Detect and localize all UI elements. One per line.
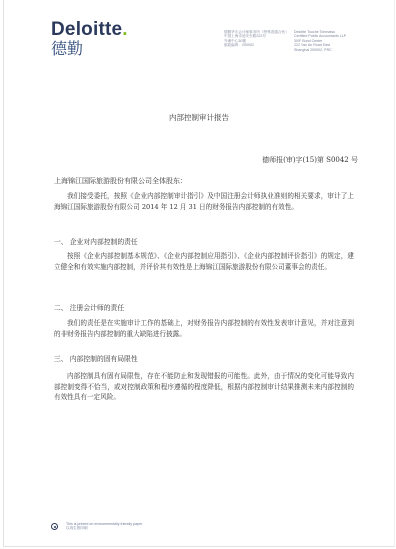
deloitte-logo: Deloitte. xyxy=(51,20,128,40)
address-en: Deloitte Touche Tohmatsu Certified Publi… xyxy=(294,30,346,52)
footer-line-cn: 以再生纸印刷 xyxy=(66,526,142,530)
logo-dot: . xyxy=(122,19,127,40)
section-body-1: 按照《企业内部控制基本规范》、《企业内部控制应用指引》、《企业内部控制评价指引》… xyxy=(54,251,354,272)
deloitte-logo-cn: 德勤 xyxy=(51,40,83,58)
addressee: 上海锦江国际旅游股份有限公司全体股东： xyxy=(54,176,187,186)
section-heading-1: 一、 企业对内部控制的责任 xyxy=(54,236,138,246)
address-en-line: Shanghai 200002, PRC xyxy=(294,48,346,52)
intro-paragraph: 我们接受委托，按照《企业内部控制审计指引》及中国注册会计师执业准则的相关要求，审… xyxy=(54,191,354,212)
address-cn-line: 邮政编码：200002 xyxy=(224,43,289,47)
address-cn: 德勤华永会计师事务所（特殊普通合伙） 中国上海市延安东路222号 外滩中心30楼… xyxy=(224,30,289,48)
section-heading-3: 三、 内部控制的固有局限性 xyxy=(54,353,138,363)
logo-text: Deloitte xyxy=(51,19,122,40)
scan-mark: · · xyxy=(20,8,23,12)
section-body-2: 我们的责任是在实施审计工作的基础上，对财务报告内部控制的有效性发表审计意见，并对… xyxy=(54,318,354,339)
report-reference: 德师报(审)字(15)第 S0042 号 xyxy=(262,155,358,165)
footer-note: This is printed on environmentally frien… xyxy=(66,522,142,531)
section-heading-2: 二、 注册会计师的责任 xyxy=(54,302,124,312)
report-title: 内部控制审计报告 xyxy=(4,112,394,123)
eco-paper-icon xyxy=(51,523,58,530)
section-body-3: 内部控制具有固有局限性，存在不能防止和发现错报的可能性。此外，由于情况的变化可能… xyxy=(54,371,354,403)
document-page: · · Deloitte. 德勤 德勤华永会计师事务所（特殊普通合伙） 中国上海… xyxy=(3,0,395,547)
